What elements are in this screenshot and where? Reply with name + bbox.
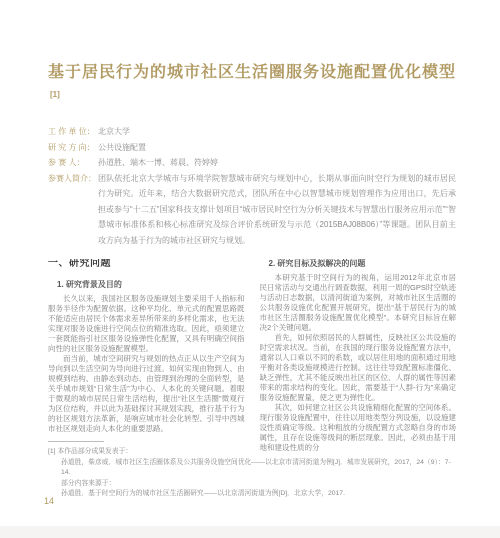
two-column-body: 一、研究问题 1. 研究背景及目的 长久以来，我国社区服务设施规划主要采用千人指…	[48, 259, 456, 463]
body-paragraph: 首先，如何依照居民的人群属性，反映社区公共设施的时空需求状况。当前，在我国的现行…	[260, 333, 457, 403]
page-title: 基于居民行为的城市社区生活圈服务设施配置优化模型[1]	[48, 62, 456, 110]
meta-label: 参 赛 人：	[48, 155, 98, 171]
meta-value: 公共设施配置	[98, 140, 456, 156]
meta-value: 团队依托北京大学城市与环境学院智慧城市研究与规划中心，长期从事面向时空行为规划的…	[98, 171, 456, 249]
meta-value: 孙道胜、端木一博、蒋晨、符婷婷	[98, 155, 456, 171]
title-footnote-ref: [1]	[50, 90, 60, 99]
left-column: 一、研究问题 1. 研究背景及目的 长久以来，我国社区服务设施规划主要采用千人指…	[48, 259, 245, 463]
footnote-block: [1] 本作品部分成果发表于： 孙道胜，柴彦威．城市社区生活圈体系及公共服务设施…	[48, 441, 456, 500]
footnote-line: 部分内容来源于：	[48, 479, 456, 490]
meta-label: 参赛人简介：	[48, 171, 98, 249]
meta-row-team-intro: 参赛人简介： 团队依托北京大学城市与环境学院智慧城市研究与规划中心，长期从事面向…	[48, 171, 456, 249]
paper-page: 基于居民行为的城市社区生活圈服务设施配置优化模型[1] 工 作 单 位： 北京大…	[0, 0, 500, 538]
page-number: 14	[44, 496, 54, 506]
sub-heading-background: 1. 研究背景及目的	[57, 280, 245, 290]
right-column: 2. 研究目标及拟解决的问题 本研究基于时空间行为的视角，运用2012年北京市居…	[260, 259, 457, 463]
meta-label: 研 究 方 向：	[48, 140, 98, 156]
body-paragraph: 而当前，城市空间研究与规划的热点正从以生产空间为导向到以生活空间为导向进行过渡。…	[48, 354, 245, 434]
page-bottom-edge	[0, 526, 500, 538]
footnote-divider	[48, 441, 104, 442]
sub-heading-goals: 2. 研究目标及拟解决的问题	[269, 259, 457, 269]
page-content: 基于居民行为的城市社区生活圈服务设施配置优化模型[1] 工 作 单 位： 北京大…	[48, 62, 456, 463]
footnote-citation: 孙道胜，柴彦威．城市社区生活圈体系及公共服务设施空间优化——以北京市清河街道为例…	[48, 458, 456, 479]
page-title-text: 基于居民行为的城市社区生活圈服务设施配置优化模型	[48, 64, 456, 81]
footnote-citation: 孙道胜．基于时空间行为的城市社区生活圈研究——以北京清河街道为例[D]．北京大学…	[48, 489, 456, 500]
meta-row-research-direction: 研 究 方 向： 公共设施配置	[48, 140, 456, 156]
footnote-line: [1] 本作品部分成果发表于：	[48, 447, 456, 458]
section-heading-research-question: 一、研究问题	[48, 259, 245, 269]
meta-block: 工 作 单 位： 北京大学 研 究 方 向： 公共设施配置 参 赛 人： 孙道胜…	[48, 124, 456, 248]
body-paragraph: 长久以来，我国社区服务设施规划主要采用千人指标和服务半径作为配置依据。这种平均化…	[48, 294, 245, 354]
meta-row-participants: 参 赛 人： 孙道胜、端木一博、蒋晨、符婷婷	[48, 155, 456, 171]
meta-value: 北京大学	[98, 124, 456, 140]
body-paragraph: 本研究基于时空间行为的视角，运用2012年北京市居民日常活动与交通出行调查数据，…	[260, 273, 457, 333]
meta-row-work-unit: 工 作 单 位： 北京大学	[48, 124, 456, 140]
meta-label: 工 作 单 位：	[48, 124, 98, 140]
